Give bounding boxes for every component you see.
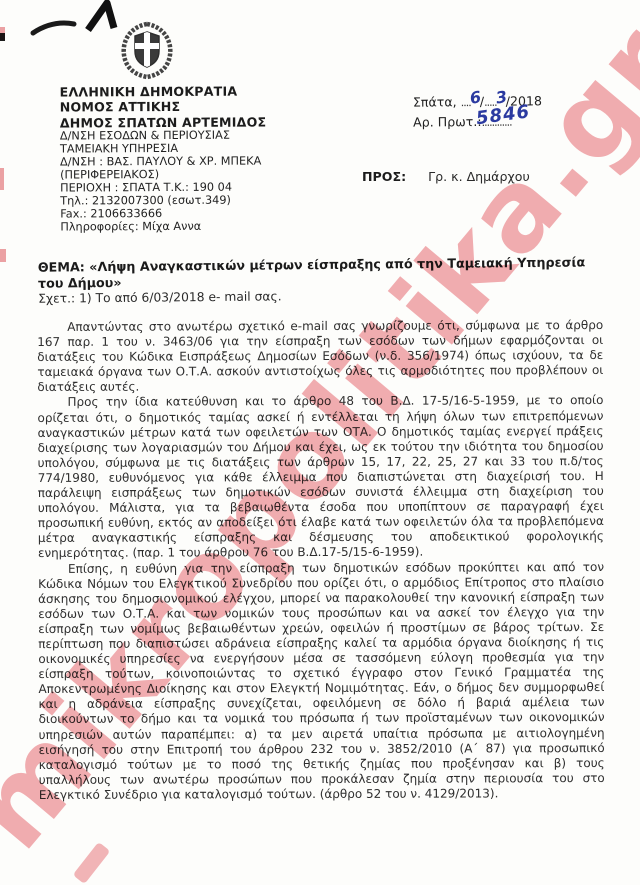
watermark-fragment bbox=[73, 842, 111, 884]
scan-artifact bbox=[0, 249, 6, 262]
header-line: ΝΟΜΟΣ ΑΤΤΙΚΗΣ bbox=[60, 99, 267, 115]
paragraph: Απαντώντας στο ανωτέρω σχετικό e-mail σα… bbox=[37, 318, 603, 395]
subject-label: ΘΕΜΑ: bbox=[38, 259, 85, 274]
header-line: ΕΛΛΗΝΙΚΗ ΔΗΜΟΚΡΑΤΙΑ bbox=[60, 83, 267, 99]
header-line: Τηλ.: 2132007300 (εσωτ.349) bbox=[60, 194, 267, 208]
subject-text: «Λήψη Αναγκαστικών μέτρων είσπραξης από … bbox=[38, 254, 585, 290]
dateline-block: Σπάτα, ....6/.....3/2018 Αρ. Πρωτ.:.....… bbox=[413, 90, 542, 129]
recipient-label: ΠΡΟΣ: bbox=[362, 169, 406, 184]
paragraph: Επίσης, η ευθύνη για την είσπραξη των δη… bbox=[38, 560, 605, 803]
scan-artifact bbox=[0, 27, 5, 40]
protocol-label: Αρ. Πρωτ.: bbox=[413, 114, 482, 130]
scanned-letter-page: mikropolitika.gr ΕΛΛΗΝΙΚΗ ΔΗΜΟΚΡΑΤΙΑ ΝΟΜ… bbox=[0, 0, 640, 885]
handwritten-day: 6 bbox=[468, 87, 482, 108]
recipient-value: Γρ. κ. Δημάρχου bbox=[428, 169, 530, 184]
subject-line: ΘΕΜΑ: «Λήψη Αναγκαστικών μέτρων είσπραξη… bbox=[38, 254, 604, 291]
paragraph: Προς την ίδια κατεύθυνση και το άρθρο 48… bbox=[37, 393, 604, 561]
scan-artifact bbox=[0, 168, 4, 190]
letter-body: Απαντώντας στο ανωτέρω σχετικό e-mail σα… bbox=[37, 318, 605, 803]
header-line: Πληροφορίες: Μίχα Αννα bbox=[60, 220, 267, 234]
sender-block: ΕΛΛΗΝΙΚΗ ΔΗΜΟΚΡΑΤΙΑ ΝΟΜΟΣ ΑΤΤΙΚΗΣ ΔΗΜΟΣ … bbox=[60, 83, 267, 234]
recipient-block: ΠΡΟΣ:Γρ. κ. Δημάρχου bbox=[362, 169, 530, 184]
city-label: Σπάτα, bbox=[413, 94, 457, 109]
greek-republic-emblem-icon bbox=[117, 20, 177, 80]
reference-text: 1) Το από 6/03/2018 e- mail σας. bbox=[79, 290, 282, 306]
protocol-line: Αρ. Πρωτ.:............5846 bbox=[413, 109, 542, 129]
pen-mark bbox=[28, 0, 123, 46]
subject-block: ΘΕΜΑ: «Λήψη Αναγκαστικών μέτρων είσπραξη… bbox=[38, 254, 604, 307]
reference-label: Σχετ.: bbox=[38, 292, 75, 306]
